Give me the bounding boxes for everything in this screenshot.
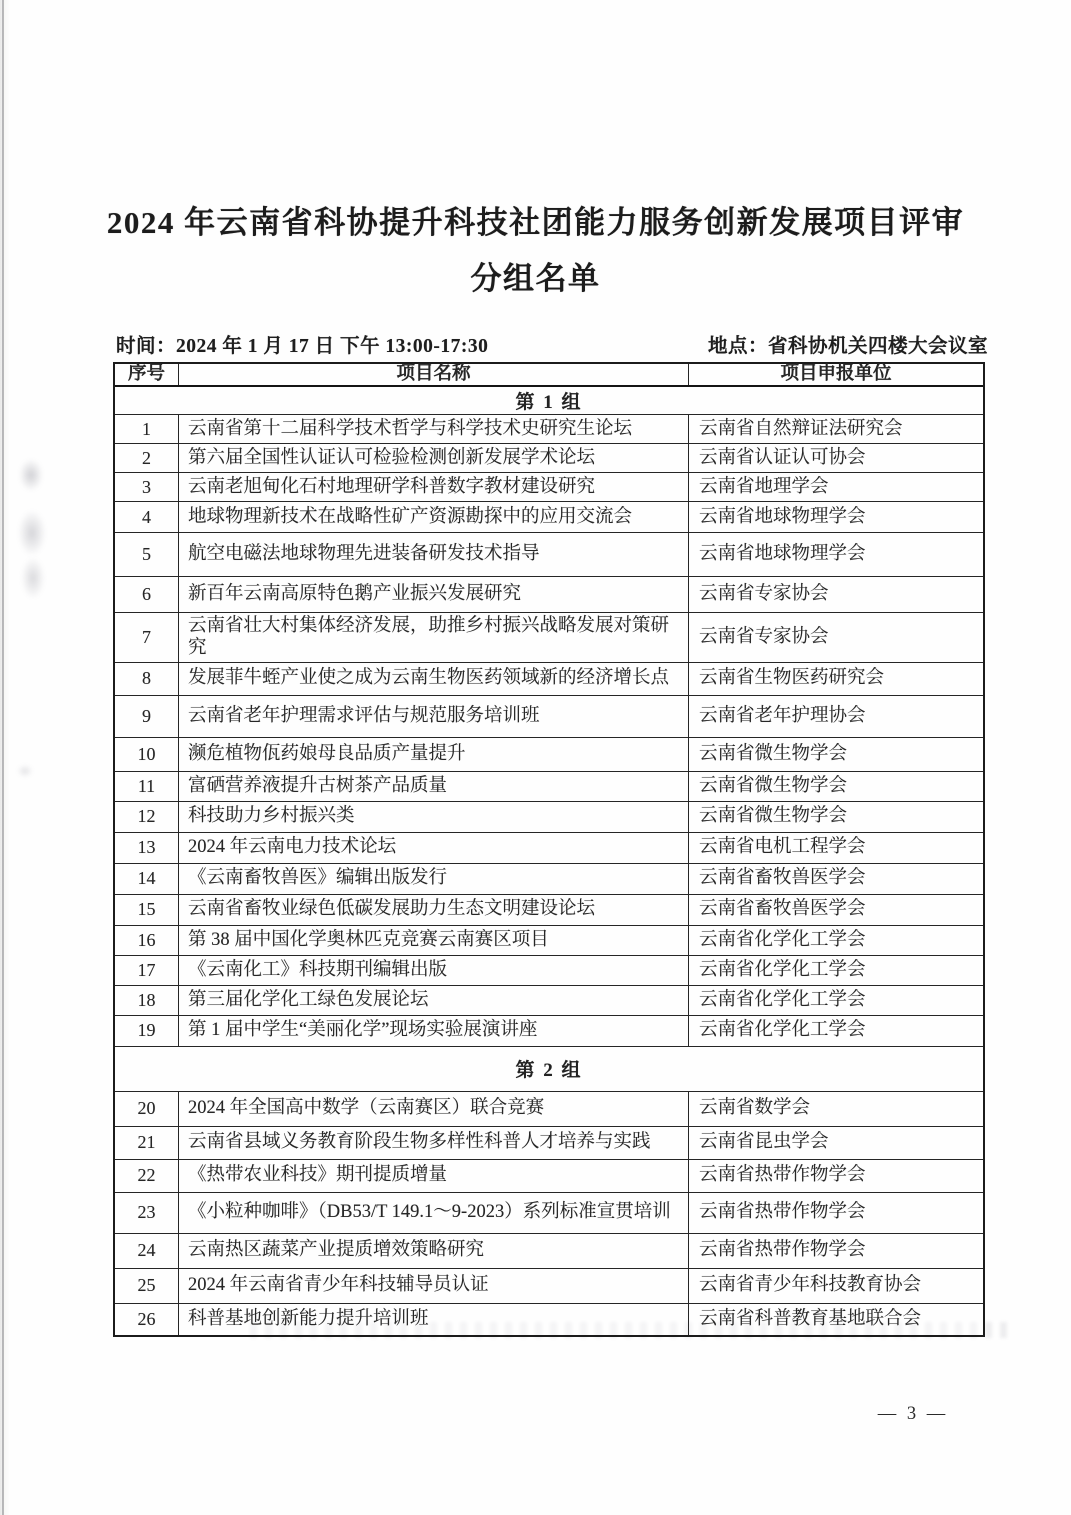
table-row: 132024 年云南电力技术论坛云南省电机工程学会	[115, 833, 983, 864]
table-row: 8发展菲牛蛭产业使之成为云南生物医药领域新的经济增长点云南省生物医药研究会	[115, 663, 983, 696]
group-name: 第 2 组	[515, 1055, 582, 1082]
applicant-org: 云南省化学化工学会	[688, 956, 983, 985]
project-name: 2024 年云南省青少年科技辅导员认证	[178, 1269, 688, 1303]
applicant-org: 云南省昆虫学会	[688, 1127, 983, 1159]
project-name: 航空电磁法地球物理先进装备研发技术指导	[178, 533, 688, 576]
table-body: 第 1 组1云南省第十二届科学技术哲学与科学技术史研究生论坛云南省自然辩证法研究…	[115, 387, 983, 1335]
table-row: 2第六届全国性认证认可检验检测创新发展学术论坛云南省认证认可协会	[115, 444, 983, 473]
applicant-org: 云南省数学会	[688, 1092, 983, 1126]
applicant-org: 云南省微生物学会	[688, 738, 983, 771]
table-header-row: 序号 项目名称 项目申报单位	[115, 364, 983, 387]
row-number: 17	[115, 956, 178, 985]
row-number: 13	[115, 833, 178, 863]
row-number: 7	[115, 613, 178, 662]
row-number: 6	[115, 577, 178, 612]
table-row: 15云南省畜牧业绿色低碳发展助力生态文明建设论坛云南省畜牧兽医学会	[115, 895, 983, 926]
project-name: 第六届全国性认证认可检验检测创新发展学术论坛	[178, 444, 688, 472]
project-name: 云南省壮大村集体经济发展，助推乡村振兴战略发展对策研究	[178, 613, 688, 662]
table-row: 252024 年云南省青少年科技辅导员认证云南省青少年科技教育协会	[115, 1269, 983, 1304]
row-number: 20	[115, 1092, 178, 1126]
group-name: 第 1 组	[515, 387, 582, 414]
applicant-org: 云南省畜牧兽医学会	[688, 864, 983, 894]
applicant-org: 云南省生物医药研究会	[688, 663, 983, 695]
document-title-line1: 2024 年云南省科协提升科技社团能力服务创新发展项目评审	[0, 197, 1071, 242]
project-name: 2024 年全国高中数学（云南赛区）联合竞赛	[178, 1092, 688, 1126]
project-name: 2024 年云南电力技术论坛	[178, 833, 688, 863]
row-number: 19	[115, 1016, 178, 1046]
table-row: 4地球物理新技术在战略性矿产资源勘探中的应用交流会云南省地球物理学会	[115, 502, 983, 533]
project-name: 科技助力乡村振兴类	[178, 802, 688, 832]
applicant-org: 云南省化学化工学会	[688, 986, 983, 1015]
meeting-time-label: 时间：2024 年 1 月 17 日 下午 13:00-17:30	[116, 330, 488, 358]
applicant-org: 云南省地球物理学会	[688, 502, 983, 532]
meta-line: 时间：2024 年 1 月 17 日 下午 13:00-17:30 地点：省科协…	[116, 330, 988, 358]
row-number: 26	[115, 1304, 178, 1335]
table-row: 10濒危植物佤药娘母良品质产量提升云南省微生物学会	[115, 738, 983, 772]
project-name: 《云南化工》科技期刊编辑出版	[178, 956, 688, 985]
table-row: 11富硒营养液提升古树茶产品质量云南省微生物学会	[115, 772, 983, 802]
project-name: 第三届化学化工绿色发展论坛	[178, 986, 688, 1015]
meeting-location-label: 地点：省科协机关四楼大会议室	[708, 330, 988, 358]
applicant-org: 云南省科普教育基地联合会	[688, 1304, 983, 1335]
applicant-org: 云南省地理学会	[688, 473, 983, 501]
row-number: 1	[115, 415, 178, 443]
table-row: 19第 1 届中学生“美丽化学”现场实验展演讲座云南省化学化工学会	[115, 1016, 983, 1047]
scan-smudge	[14, 452, 48, 498]
row-number: 21	[115, 1127, 178, 1159]
project-name: 第 1 届中学生“美丽化学”现场实验展演讲座	[178, 1016, 688, 1046]
row-number: 5	[115, 533, 178, 576]
table-row: 7云南省壮大村集体经济发展，助推乡村振兴战略发展对策研究云南省专家协会	[115, 613, 983, 663]
row-number: 15	[115, 895, 178, 925]
applicant-org: 云南省地球物理学会	[688, 533, 983, 576]
row-number: 4	[115, 502, 178, 532]
table-row: 5航空电磁法地球物理先进装备研发技术指导云南省地球物理学会	[115, 533, 983, 577]
scan-smudge	[12, 500, 52, 566]
table-row: 202024 年全国高中数学（云南赛区）联合竞赛云南省数学会	[115, 1092, 983, 1127]
table-row: 14《云南畜牧兽医》编辑出版发行云南省畜牧兽医学会	[115, 864, 983, 895]
table-row: 9云南省老年护理需求评估与规范服务培训班云南省老年护理协会	[115, 696, 983, 738]
project-name: 《热带农业科技》期刊提质增量	[178, 1160, 688, 1192]
table-row: 12科技助力乡村振兴类云南省微生物学会	[115, 802, 983, 833]
applicant-org: 云南省化学化工学会	[688, 1016, 983, 1046]
row-number: 25	[115, 1269, 178, 1303]
applicant-org: 云南省热带作物学会	[688, 1193, 983, 1233]
project-name: 《小粒种咖啡》（DB53/T 149.1～9-2023）系列标准宣贯培训	[178, 1193, 688, 1233]
row-number: 22	[115, 1160, 178, 1192]
column-header-serial: 序号	[115, 364, 178, 385]
row-number: 8	[115, 663, 178, 695]
table-row: 23《小粒种咖啡》（DB53/T 149.1～9-2023）系列标准宣贯培训云南…	[115, 1193, 983, 1234]
project-name: 《云南畜牧兽医》编辑出版发行	[178, 864, 688, 894]
page-number: — 3 —	[858, 1404, 968, 1425]
project-review-table: 序号 项目名称 项目申报单位 第 1 组1云南省第十二届科学技术哲学与科学技术史…	[113, 362, 985, 1337]
applicant-org: 云南省专家协会	[688, 577, 983, 612]
applicant-org: 云南省青少年科技教育协会	[688, 1269, 983, 1303]
row-number: 9	[115, 696, 178, 737]
project-name: 发展菲牛蛭产业使之成为云南生物医药领域新的经济增长点	[178, 663, 688, 695]
applicant-org: 云南省认证认可协会	[688, 444, 983, 472]
scan-smudge	[14, 762, 36, 780]
applicant-org: 云南省老年护理协会	[688, 696, 983, 737]
group-header-row: 第 1 组	[115, 387, 983, 415]
table-row: 16第 38 届中国化学奥林匹克竞赛云南赛区项目云南省化学化工学会	[115, 926, 983, 956]
table-row: 1云南省第十二届科学技术哲学与科学技术史研究生论坛云南省自然辩证法研究会	[115, 415, 983, 444]
table-row: 21云南省县域义务教育阶段生物多样性科普人才培养与实践云南省昆虫学会	[115, 1127, 983, 1160]
row-number: 23	[115, 1193, 178, 1233]
project-name: 云南老旭甸化石村地理研学科普数字教材建设研究	[178, 473, 688, 501]
applicant-org: 云南省电机工程学会	[688, 833, 983, 863]
project-name: 富硒营养液提升古树茶产品质量	[178, 772, 688, 801]
row-number: 2	[115, 444, 178, 472]
document-page: 2024 年云南省科协提升科技社团能力服务创新发展项目评审 分组名单 时间：20…	[0, 0, 1071, 1515]
column-header-applicant: 项目申报单位	[688, 364, 983, 385]
project-name: 地球物理新技术在战略性矿产资源勘探中的应用交流会	[178, 502, 688, 532]
project-name: 云南省县域义务教育阶段生物多样性科普人才培养与实践	[178, 1127, 688, 1159]
row-number: 12	[115, 802, 178, 832]
column-header-project: 项目名称	[178, 364, 688, 385]
applicant-org: 云南省微生物学会	[688, 802, 983, 832]
table-row: 24云南热区蔬菜产业提质增效策略研究云南省热带作物学会	[115, 1234, 983, 1269]
table-row: 18第三届化学化工绿色发展论坛云南省化学化工学会	[115, 986, 983, 1016]
row-number: 16	[115, 926, 178, 955]
applicant-org: 云南省专家协会	[688, 613, 983, 662]
group-header-row: 第 2 组	[115, 1047, 983, 1092]
row-number: 24	[115, 1234, 178, 1268]
project-name: 云南省畜牧业绿色低碳发展助力生态文明建设论坛	[178, 895, 688, 925]
applicant-org: 云南省热带作物学会	[688, 1234, 983, 1268]
applicant-org: 云南省畜牧兽医学会	[688, 895, 983, 925]
row-number: 11	[115, 772, 178, 801]
scan-smudge	[16, 548, 50, 608]
document-title-line2: 分组名单	[0, 253, 1071, 298]
table-row: 26科普基地创新能力提升培训班云南省科普教育基地联合会	[115, 1304, 983, 1335]
row-number: 10	[115, 738, 178, 771]
table-row: 22《热带农业科技》期刊提质增量云南省热带作物学会	[115, 1160, 983, 1193]
project-name: 云南省老年护理需求评估与规范服务培训班	[178, 696, 688, 737]
project-name: 第 38 届中国化学奥林匹克竞赛云南赛区项目	[178, 926, 688, 955]
applicant-org: 云南省微生物学会	[688, 772, 983, 801]
row-number: 14	[115, 864, 178, 894]
project-name: 新百年云南高原特色鹅产业振兴发展研究	[178, 577, 688, 612]
table-row: 6新百年云南高原特色鹅产业振兴发展研究云南省专家协会	[115, 577, 983, 613]
applicant-org: 云南省自然辩证法研究会	[688, 415, 983, 443]
table-row: 3云南老旭甸化石村地理研学科普数字教材建设研究云南省地理学会	[115, 473, 983, 502]
project-name: 云南省第十二届科学技术哲学与科学技术史研究生论坛	[178, 415, 688, 443]
project-name: 科普基地创新能力提升培训班	[178, 1304, 688, 1335]
project-name: 云南热区蔬菜产业提质增效策略研究	[178, 1234, 688, 1268]
applicant-org: 云南省化学化工学会	[688, 926, 983, 955]
applicant-org: 云南省热带作物学会	[688, 1160, 983, 1192]
project-name: 濒危植物佤药娘母良品质产量提升	[178, 738, 688, 771]
table-row: 17《云南化工》科技期刊编辑出版云南省化学化工学会	[115, 956, 983, 986]
row-number: 18	[115, 986, 178, 1015]
row-number: 3	[115, 473, 178, 501]
